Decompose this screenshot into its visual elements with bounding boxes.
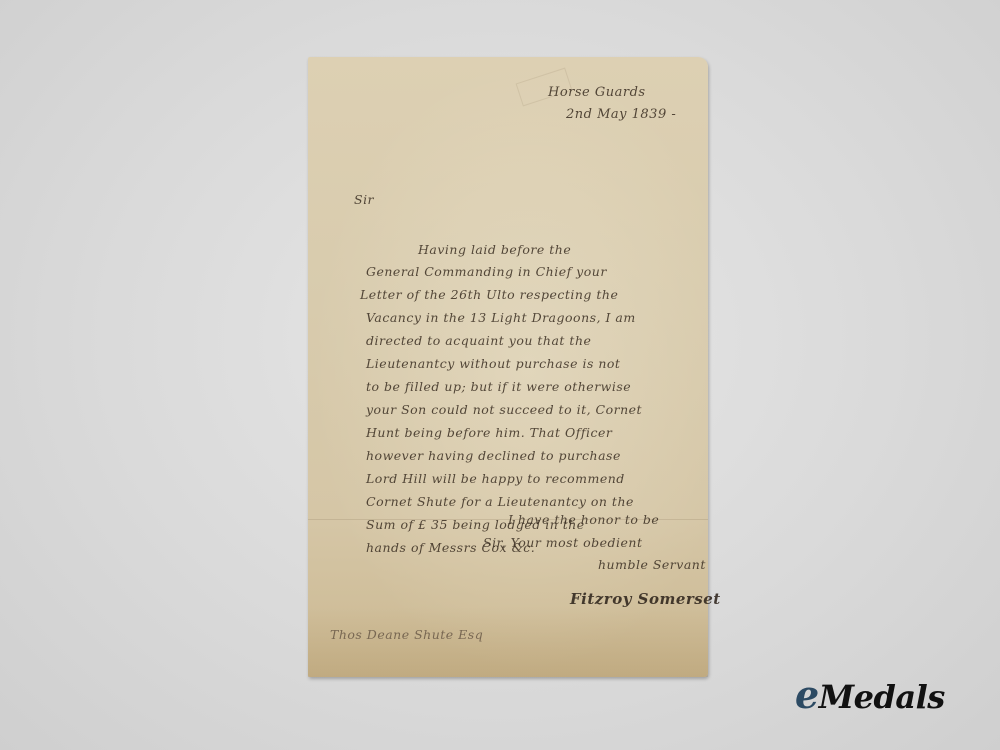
addressee: Thos Deane Shute Esq [330,627,483,642]
logo-name: Medals [819,678,945,716]
body-line: Hunt being before him. That Officer [366,425,612,440]
body-line: Lieutenantcy without purchase is not [366,356,620,371]
body-line: Lord Hill will be happy to recommend [366,471,625,486]
body-line: Cornet Shute for a Lieutenantcy on the [366,494,634,509]
body-line: General Commanding in Chief your [366,264,607,279]
emedals-logo: eMedals [795,672,945,717]
letter-document: Horse Guards 2nd May 1839 - Sir Having l… [308,57,708,677]
age-stain [308,607,708,677]
body-line: Vacancy in the 13 Light Dragoons, I am [366,310,636,325]
body-line: Having laid before the [418,242,571,257]
body-line: your Son could not succeed to it, Cornet [366,402,642,417]
letter-place: Horse Guards [548,85,646,100]
closing-line: Sir, Your most obedient [483,535,643,550]
salutation: Sir [354,192,374,207]
letter-date: 2nd May 1839 - [566,107,676,122]
logo-prefix: e [795,672,819,717]
closing-line: I have the honor to be [508,512,659,527]
body-line: directed to acquaint you that the [366,333,591,348]
signature: Fitzroy Somerset [570,590,721,608]
body-line: Letter of the 26th Ulto respecting the [360,287,618,302]
body-line: to be filled up; but if it were otherwis… [366,379,631,394]
body-line: however having declined to purchase [366,448,621,463]
closing-line: humble Servant [598,557,706,572]
